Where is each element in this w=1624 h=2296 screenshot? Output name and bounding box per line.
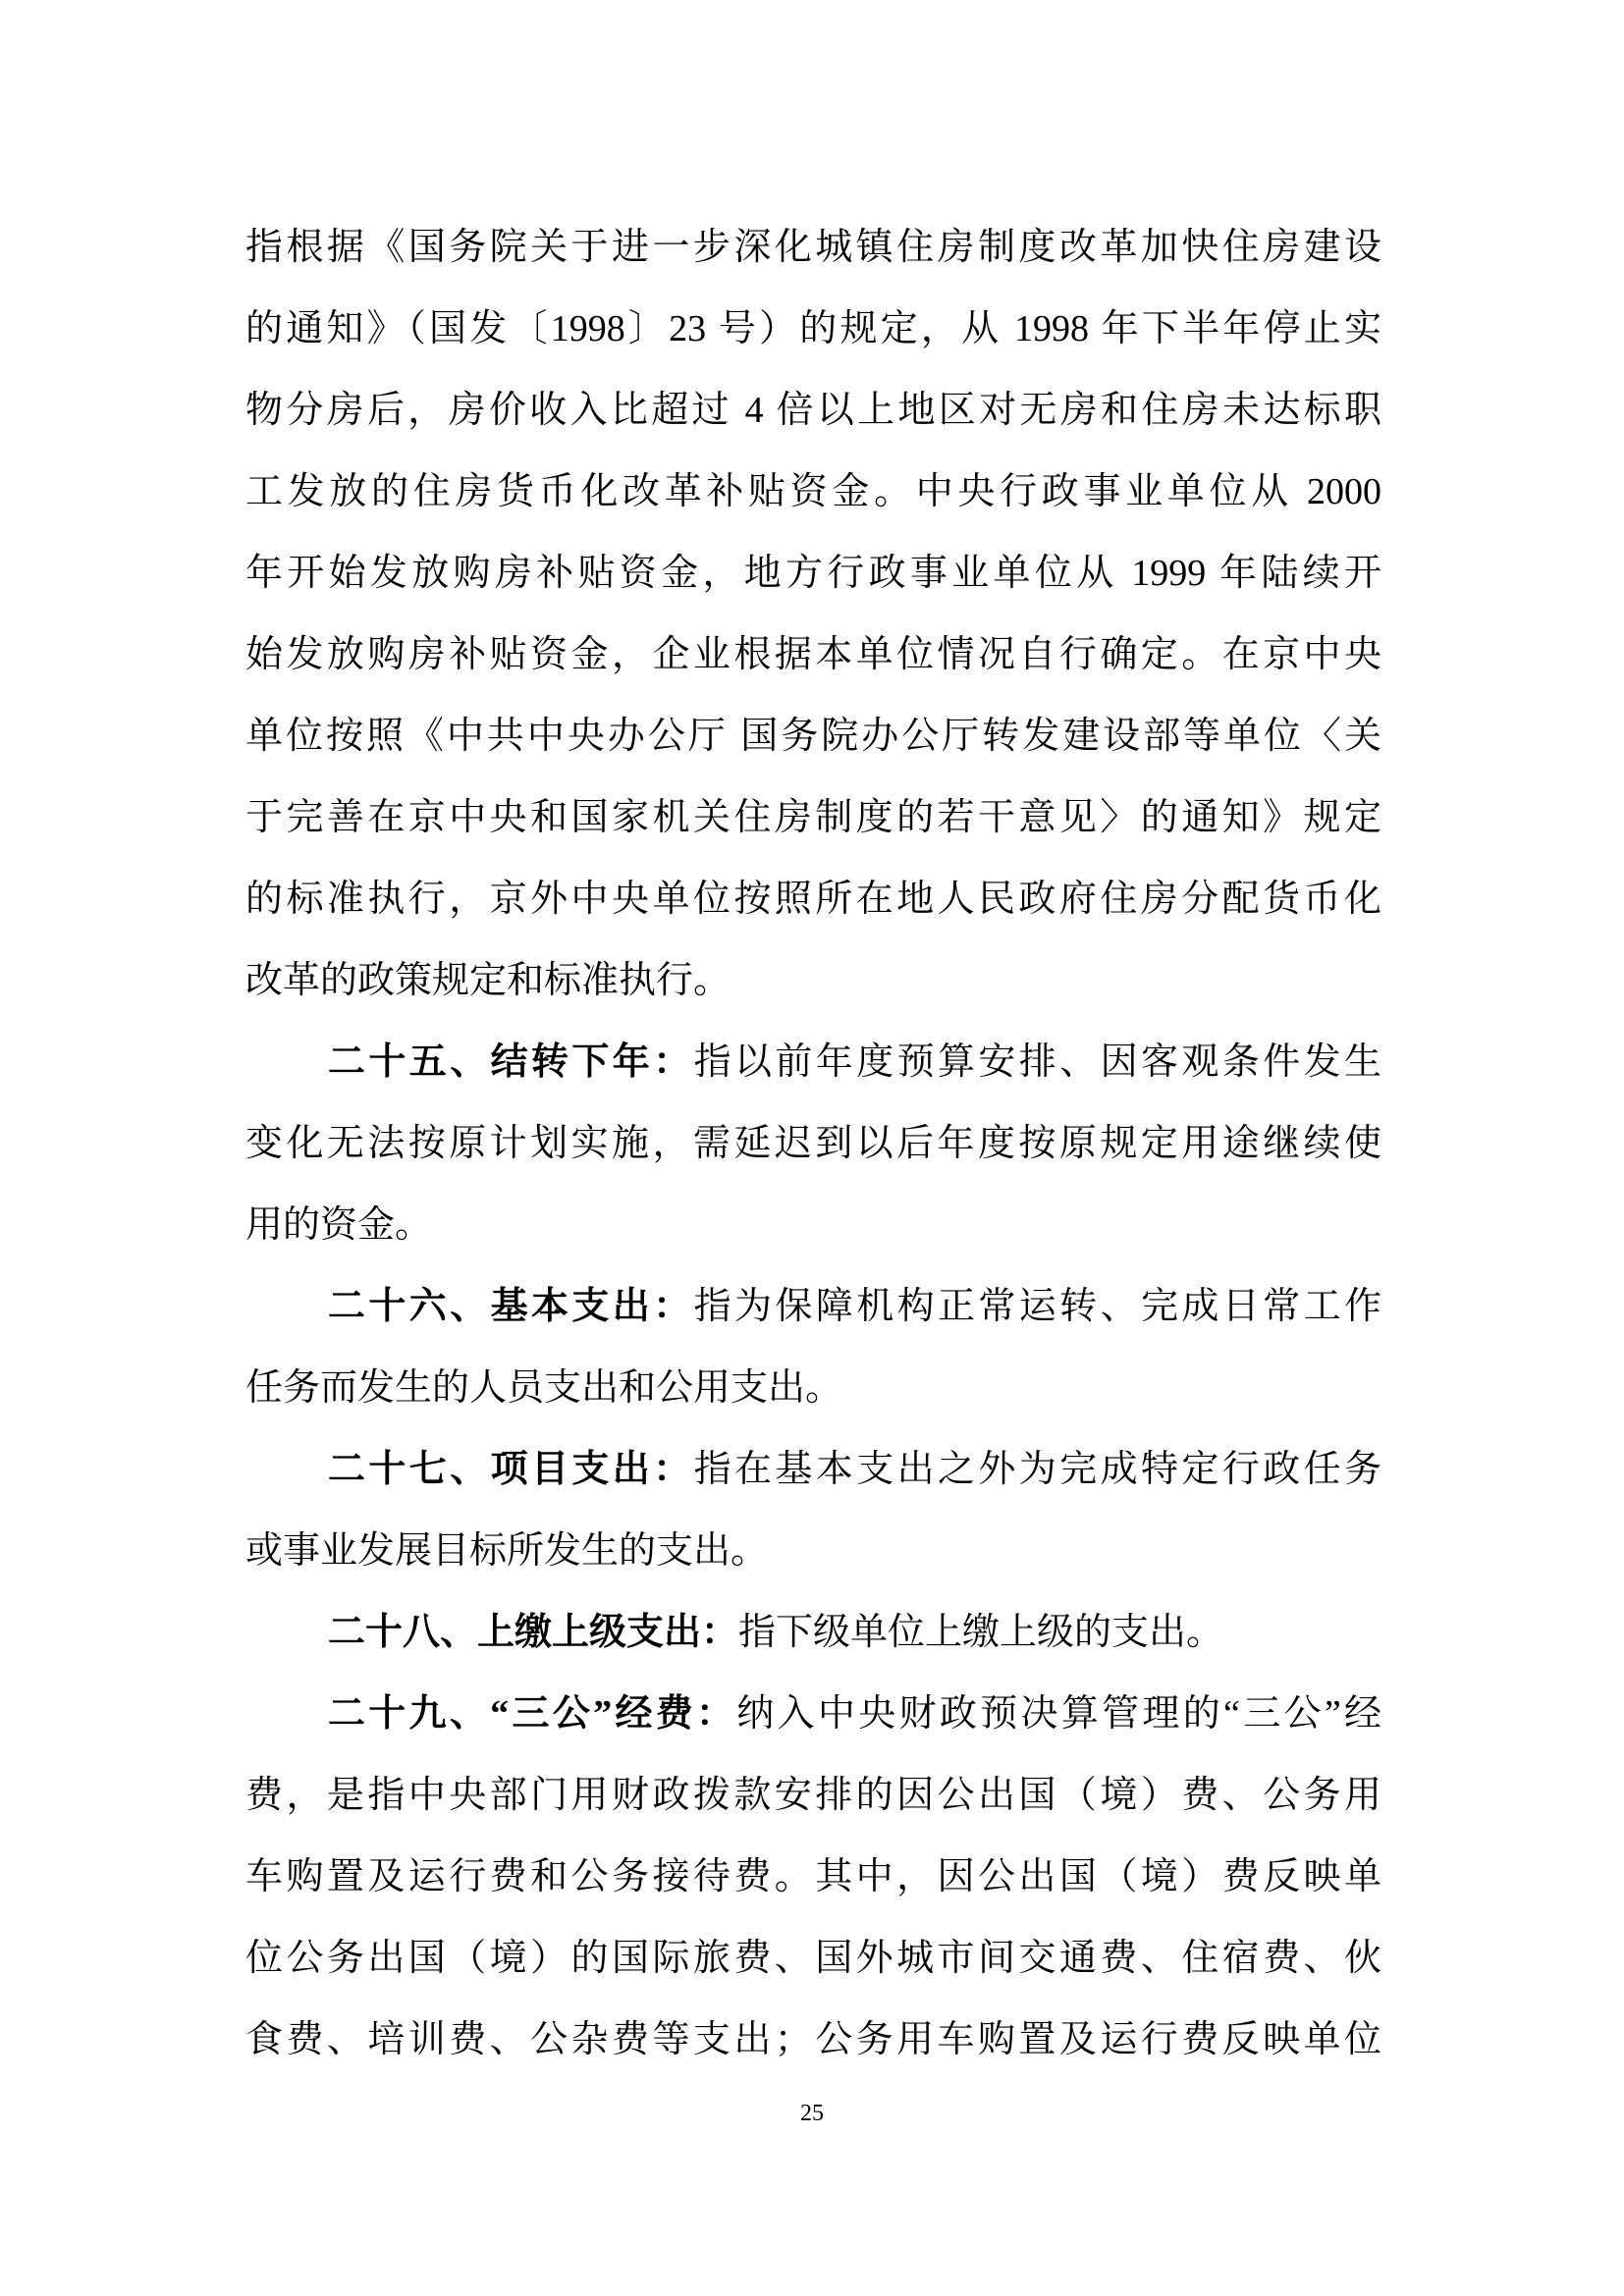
text-line: 改革的政策规定和标准执行。 bbox=[245, 940, 1381, 1022]
term-lead: 二十七、项目支出： bbox=[328, 1449, 694, 1490]
text-line: 的标准执行，京外中央单位按照所在地人民政府住房分配货币化 bbox=[245, 859, 1381, 940]
body-text: 改革的政策规定和标准执行。 bbox=[245, 960, 731, 1001]
text-line: 始发放购房补贴资金，企业根据本单位情况自行确定。在京中央 bbox=[245, 614, 1381, 696]
body-text: 位公务出国（境）的国际旅费、国外城市间交通费、住宿费、伙 bbox=[245, 1938, 1381, 1979]
text-line: 变化无法按原计划实施，需延迟到以后年度按原规定用途继续使 bbox=[245, 1103, 1381, 1185]
text-line: 用的资金。 bbox=[245, 1185, 1381, 1266]
body-text: 任务而发生的人员支出和公用支出。 bbox=[245, 1367, 842, 1409]
term-lead: 二十五、结转下年： bbox=[328, 1041, 694, 1083]
body-text: 指为保障机构正常运转、完成日常工作 bbox=[694, 1286, 1381, 1327]
text-line: 费，是指中央部门用财政拨款安排的因公出国（境）费、公务用 bbox=[245, 1755, 1381, 1837]
body-text: 指以前年度预算安排、因客观条件发生 bbox=[694, 1041, 1381, 1083]
text-line: 二十八、上缴上级支出：指下级单位上缴上级的支出。 bbox=[245, 1592, 1381, 1674]
text-line: 车购置及运行费和公务接待费。其中，因公出国（境）费反映单 bbox=[245, 1837, 1381, 1918]
body-text: 用的资金。 bbox=[245, 1204, 432, 1246]
body-text: 食费、培训费、公杂费等支出；公务用车购置及运行费反映单位 bbox=[245, 2019, 1381, 2060]
body-text: 工发放的住房货币化改革补贴资金。中央行政事业单位从 2000 bbox=[245, 471, 1381, 512]
body-text: 费，是指中央部门用财政拨款安排的因公出国（境）费、公务用 bbox=[245, 1775, 1381, 1816]
text-line: 物分房后，房价收入比超过 4 倍以上地区对无房和住房未达标职 bbox=[245, 370, 1381, 452]
body-text: 变化无法按原计划实施，需延迟到以后年度按原规定用途继续使 bbox=[245, 1123, 1381, 1164]
text-line: 二十五、结转下年：指以前年度预算安排、因客观条件发生 bbox=[245, 1022, 1381, 1103]
document-page: 指根据《国务院关于进一步深化城镇住房制度改革加快住房建设的通知》（国发〔1998… bbox=[0, 0, 1624, 2296]
text-line: 年开始发放购房补贴资金，地方行政事业单位从 1999 年陆续开 bbox=[245, 533, 1381, 614]
text-line: 任务而发生的人员支出和公用支出。 bbox=[245, 1348, 1381, 1429]
body-text: 纳入中央财政预决算管理的“三公”经 bbox=[736, 1693, 1381, 1735]
text-line: 的通知》（国发〔1998〕23 号）的规定，从 1998 年下半年停止实 bbox=[245, 289, 1381, 370]
text-line: 指根据《国务院关于进一步深化城镇住房制度改革加快住房建设 bbox=[245, 207, 1381, 289]
text-line: 于完善在京中央和国家机关住房制度的若干意见〉的通知》规定 bbox=[245, 777, 1381, 859]
body-text: 指下级单位上缴上级的支出。 bbox=[738, 1612, 1223, 1653]
text-line: 二十六、基本支出：指为保障机构正常运转、完成日常工作 bbox=[245, 1266, 1381, 1348]
text-line: 位公务出国（境）的国际旅费、国外城市间交通费、住宿费、伙 bbox=[245, 1918, 1381, 2000]
body-text: 指在基本支出之外为完成特定行政任务 bbox=[694, 1449, 1381, 1490]
text-line: 或事业发展目标所发生的支出。 bbox=[245, 1511, 1381, 1592]
body-text: 或事业发展目标所发生的支出。 bbox=[245, 1530, 768, 1572]
term-lead: 二十九、“三公”经费： bbox=[328, 1693, 736, 1735]
text-line: 单位按照《中共中央办公厅 国务院办公厅转发建设部等单位〈关 bbox=[245, 696, 1381, 777]
body-text: 指根据《国务院关于进一步深化城镇住房制度改革加快住房建设 bbox=[245, 227, 1381, 268]
text-line: 食费、培训费、公杂费等支出；公务用车购置及运行费反映单位 bbox=[245, 2000, 1381, 2081]
body-text: 的标准执行，京外中央单位按照所在地人民政府住房分配货币化 bbox=[245, 879, 1381, 920]
document-body: 指根据《国务院关于进一步深化城镇住房制度改革加快住房建设的通知》（国发〔1998… bbox=[245, 207, 1381, 2081]
text-line: 二十七、项目支出：指在基本支出之外为完成特定行政任务 bbox=[245, 1429, 1381, 1511]
body-text: 物分房后，房价收入比超过 4 倍以上地区对无房和住房未达标职 bbox=[245, 390, 1381, 431]
body-text: 的通知》（国发〔1998〕23 号）的规定，从 1998 年下半年停止实 bbox=[245, 308, 1381, 349]
term-lead: 二十六、基本支出： bbox=[328, 1286, 694, 1327]
body-text: 年开始发放购房补贴资金，地方行政事业单位从 1999 年陆续开 bbox=[245, 553, 1381, 594]
text-line: 工发放的住房货币化改革补贴资金。中央行政事业单位从 2000 bbox=[245, 452, 1381, 533]
body-text: 始发放购房补贴资金，企业根据本单位情况自行确定。在京中央 bbox=[245, 634, 1381, 675]
body-text: 于完善在京中央和国家机关住房制度的若干意见〉的通知》规定 bbox=[245, 797, 1381, 838]
body-text: 车购置及运行费和公务接待费。其中，因公出国（境）费反映单 bbox=[245, 1856, 1381, 1897]
body-text: 单位按照《中共中央办公厅 国务院办公厅转发建设部等单位〈关 bbox=[245, 716, 1381, 757]
term-lead: 二十八、上缴上级支出： bbox=[328, 1612, 738, 1653]
page-number: 25 bbox=[0, 2099, 1624, 2128]
text-line: 二十九、“三公”经费：纳入中央财政预决算管理的“三公”经 bbox=[245, 1674, 1381, 1755]
